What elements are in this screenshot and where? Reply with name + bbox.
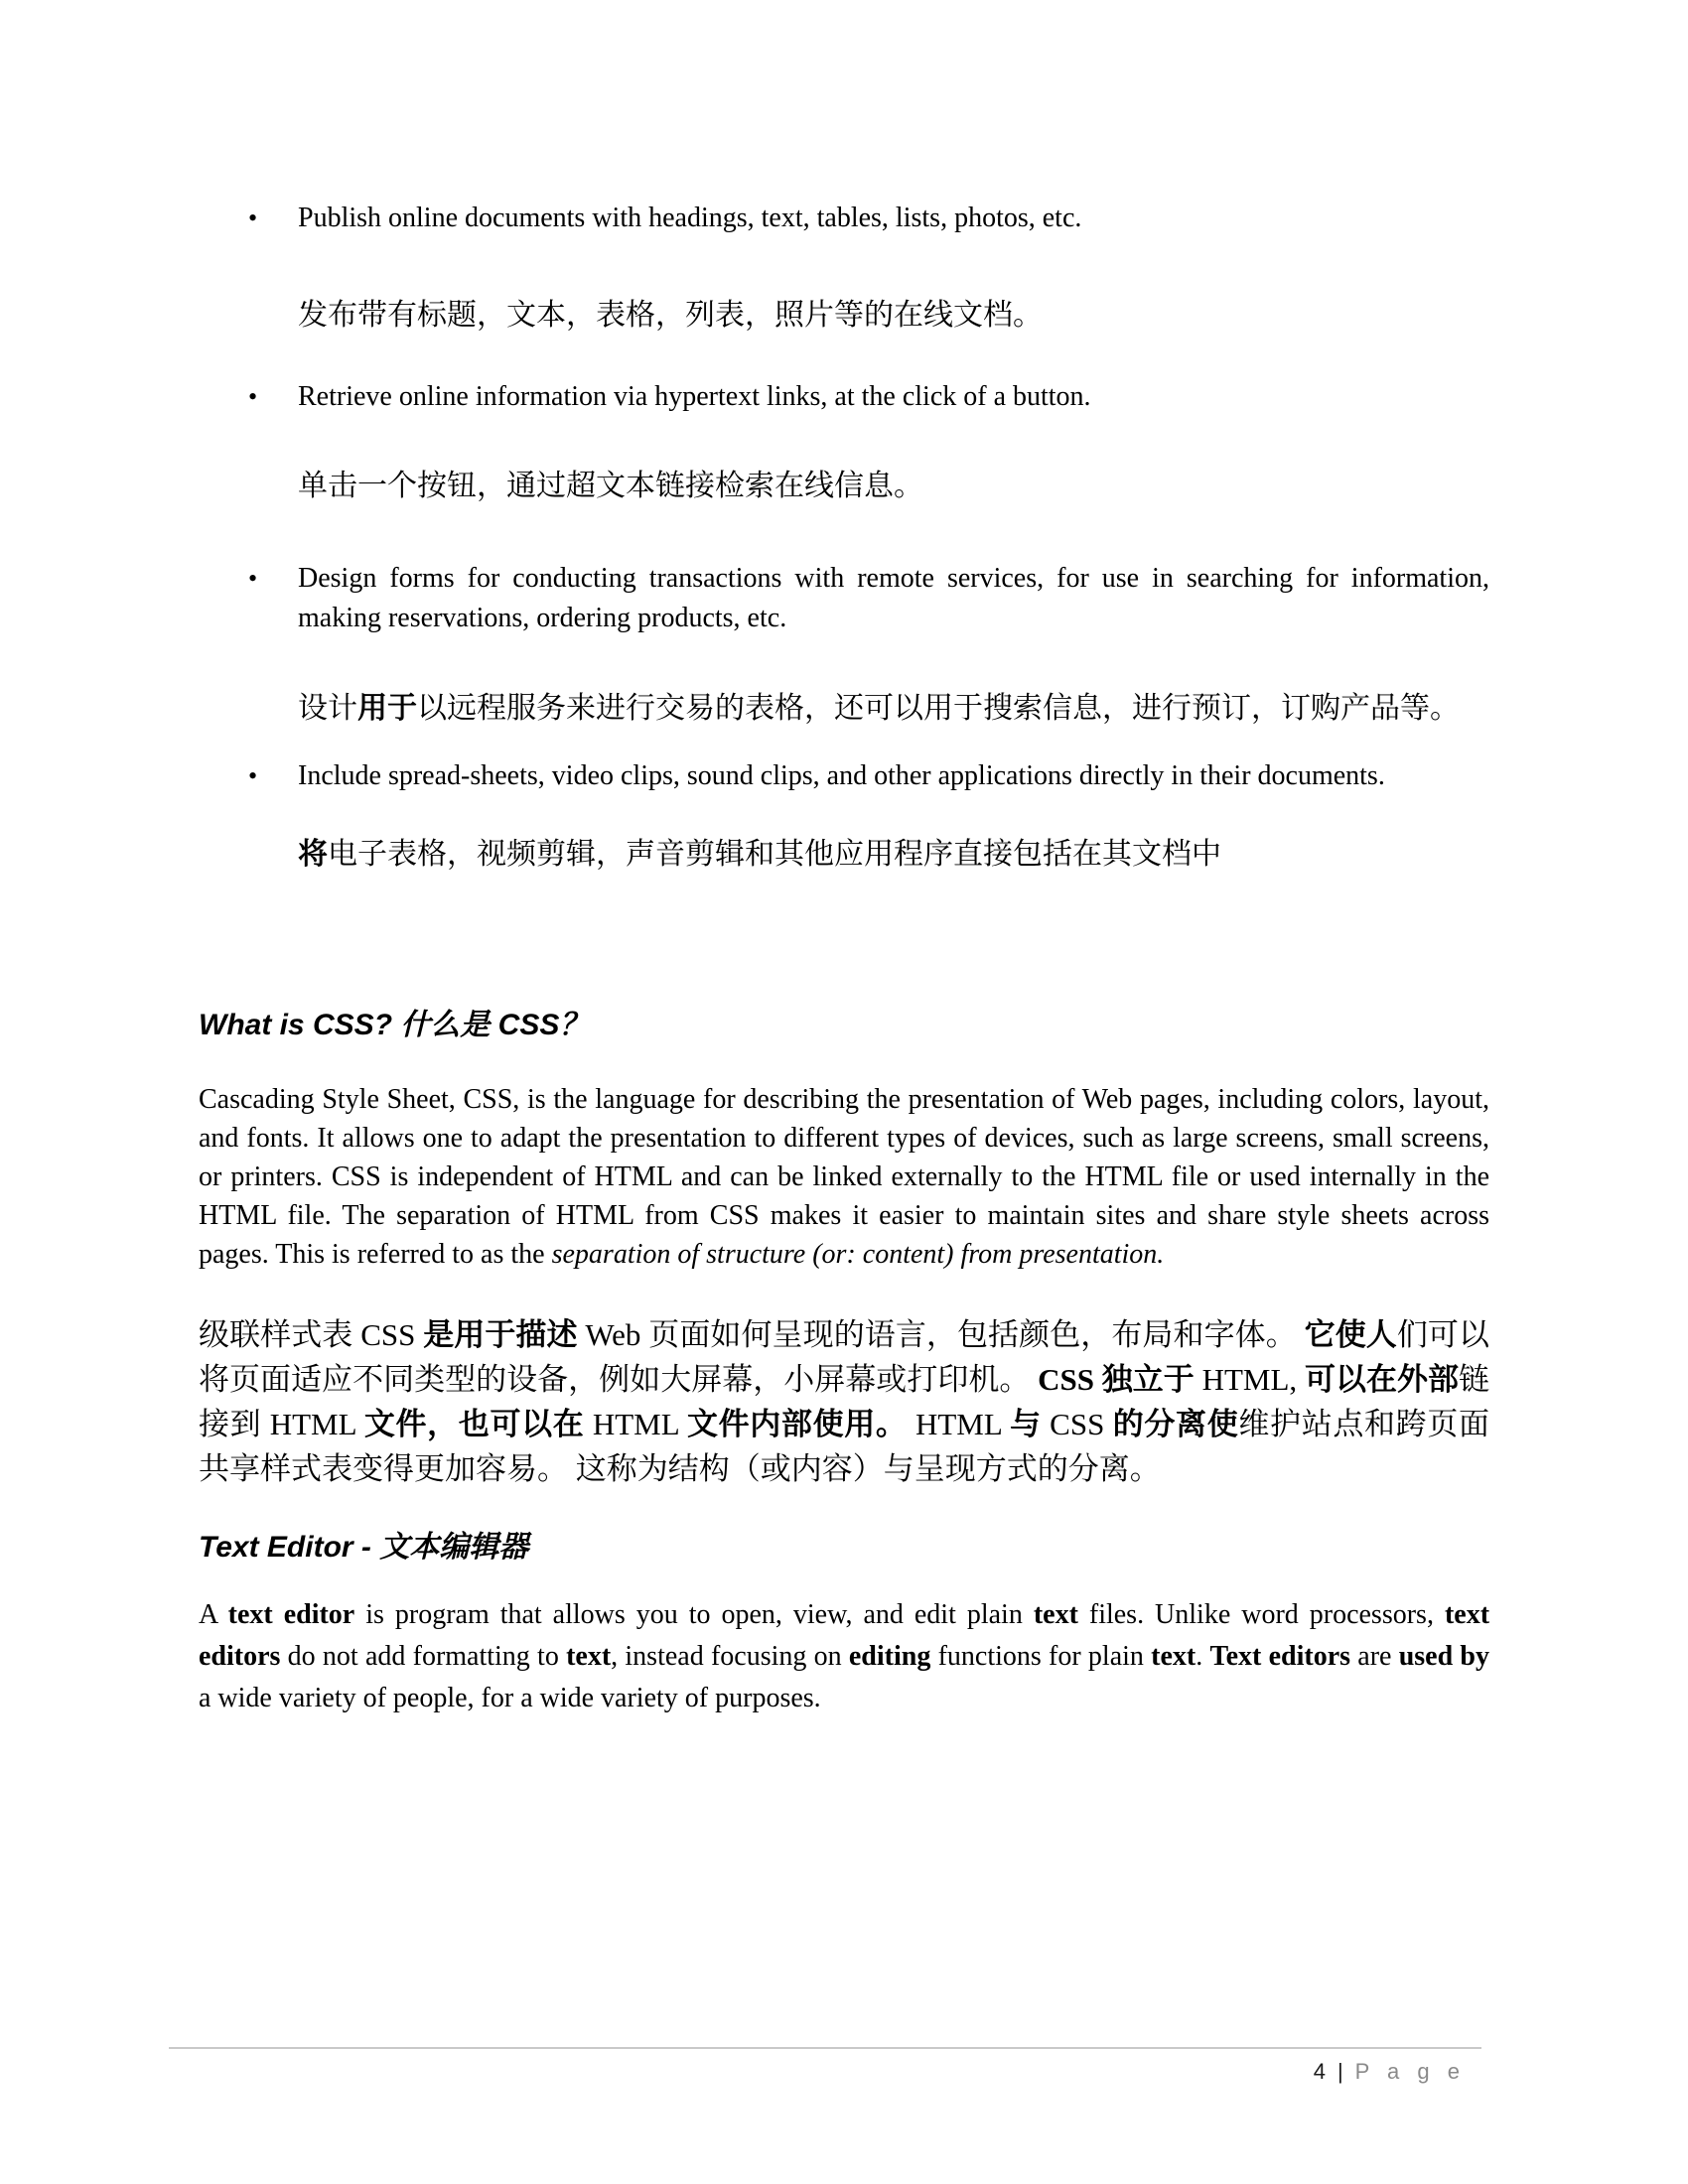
bullet-text-en: Publish online documents with headings, … bbox=[298, 199, 1489, 238]
text-segment: Include spread-sheets, video clips, soun… bbox=[298, 760, 1385, 791]
text-segment: files. Unlike word processors, bbox=[1078, 1599, 1445, 1630]
text-segment: HTML, bbox=[1195, 1362, 1305, 1397]
text-segment: 将 bbox=[298, 838, 328, 871]
bullet-translation-zh: 单击一个按钮，通过超文本链接检索在线信息。 bbox=[298, 459, 1489, 514]
document-page: • Publish online documents with headings… bbox=[0, 0, 1688, 2184]
css-paragraph-zh: 级联样式表 CSS 是用于描述 Web 页面如何呈现的语言，包括颜色，布局和字体… bbox=[199, 1312, 1489, 1491]
text-segment: 它使人 bbox=[1305, 1317, 1397, 1352]
text-segment: A bbox=[199, 1599, 228, 1630]
bullet-dot-icon: • bbox=[199, 199, 298, 238]
section-heading-what-is-css: What is CSS? 什么是 CSS？ bbox=[199, 1006, 1489, 1045]
text-segment: HTML bbox=[584, 1407, 687, 1441]
text-segment: Retrieve online information via hypertex… bbox=[298, 381, 1091, 412]
text-segment: editing bbox=[849, 1641, 930, 1672]
text-segment: functions for plain bbox=[930, 1641, 1151, 1672]
bullet-item: • Design forms for conducting transactio… bbox=[199, 559, 1489, 638]
text-segment: 是用于描述 bbox=[423, 1317, 577, 1352]
css-paragraph-en: Cascading Style Sheet, CSS, is the langu… bbox=[199, 1080, 1489, 1274]
text-editor-paragraph: A text editor is program that allows you… bbox=[199, 1594, 1489, 1719]
text-segment: 设计 bbox=[298, 692, 357, 725]
text-segment: HTML bbox=[908, 1407, 1011, 1441]
bullet-translation-zh: 发布带有标题，文本，表格，列表，照片等的在线文档。 bbox=[298, 288, 1489, 343]
bullet-item: • Include spread-sheets, video clips, so… bbox=[199, 756, 1489, 796]
text-segment: separation of structure (or: content) fr… bbox=[552, 1239, 1165, 1270]
text-segment: text bbox=[1151, 1641, 1196, 1672]
text-segment: text bbox=[566, 1641, 611, 1672]
bullet-translation-zh: 将电子表格，视频剪辑，声音剪辑和其他应用程序直接包括在其文档中 bbox=[298, 827, 1489, 883]
section-heading-text-editor: Text Editor - 文本编辑器 bbox=[199, 1528, 1489, 1568]
text-segment: text bbox=[1034, 1599, 1078, 1630]
text-segment: used by bbox=[1399, 1641, 1489, 1672]
text-segment: text editor bbox=[228, 1599, 355, 1630]
bullet-dot-icon: • bbox=[199, 756, 298, 796]
text-segment: Web 页面如何呈现的语言，包括颜色，布局和字体。 bbox=[578, 1317, 1305, 1352]
text-segment: Design forms for conducting transactions… bbox=[298, 563, 1489, 633]
text-segment: 以远程服务来进行交易的表格，还可以用于搜索信息，进行预订，订购产品等。 bbox=[417, 692, 1460, 725]
bullet-text-en: Include spread-sheets, video clips, soun… bbox=[298, 756, 1489, 796]
bullet-item: • Publish online documents with headings… bbox=[199, 199, 1489, 238]
text-segment: Text editors bbox=[1210, 1641, 1351, 1672]
bullet-text-en: Design forms for conducting transactions… bbox=[298, 559, 1489, 638]
text-segment: 文件，也可以在 bbox=[364, 1407, 585, 1441]
bullet-item: • Retrieve online information via hypert… bbox=[199, 377, 1489, 417]
text-segment: Publish online documents with headings, … bbox=[298, 203, 1081, 233]
text-segment: 单击一个按钮，通过超文本链接检索在线信息。 bbox=[298, 470, 923, 502]
text-segment: 电子表格，视频剪辑，声音剪辑和其他应用程序直接包括在其文档中 bbox=[328, 838, 1221, 871]
text-segment: CSS 独立于 bbox=[1038, 1362, 1195, 1397]
bullet-text-en: Retrieve online information via hypertex… bbox=[298, 377, 1489, 417]
footer-divider: | bbox=[1337, 2059, 1349, 2084]
text-segment: do not add formatting to bbox=[280, 1641, 566, 1672]
bullet-translation-zh: 设计用于以远程服务来进行交易的表格，还可以用于搜索信息，进行预订，订购产品等。 bbox=[298, 681, 1489, 737]
page-number: 4 bbox=[1314, 2059, 1332, 2084]
text-segment: 用于 bbox=[357, 692, 417, 725]
bullet-dot-icon: • bbox=[199, 377, 298, 417]
text-segment: 可以在外部 bbox=[1305, 1362, 1459, 1397]
text-segment: . bbox=[1196, 1641, 1209, 1672]
page-footer: 4|P a g e bbox=[169, 2047, 1481, 2085]
text-segment: CSS bbox=[1042, 1407, 1113, 1441]
text-segment: , instead focusing on bbox=[611, 1641, 849, 1672]
text-segment: 发布带有标题，文本，表格，列表，照片等的在线文档。 bbox=[298, 299, 1043, 332]
footer-page-label: P a g e bbox=[1355, 2059, 1466, 2084]
text-segment: 的分离使 bbox=[1113, 1407, 1239, 1441]
bullet-dot-icon: • bbox=[199, 559, 298, 638]
text-segment: a wide variety of people, for a wide var… bbox=[199, 1683, 821, 1713]
page-content: • Publish online documents with headings… bbox=[0, 199, 1688, 1719]
text-segment: is program that allows you to open, view… bbox=[354, 1599, 1034, 1630]
text-segment: 级联样式表 CSS bbox=[199, 1317, 423, 1352]
text-segment: 文件内部使用。 bbox=[687, 1407, 908, 1441]
text-segment: are bbox=[1350, 1641, 1399, 1672]
text-segment: 与 bbox=[1010, 1407, 1042, 1441]
